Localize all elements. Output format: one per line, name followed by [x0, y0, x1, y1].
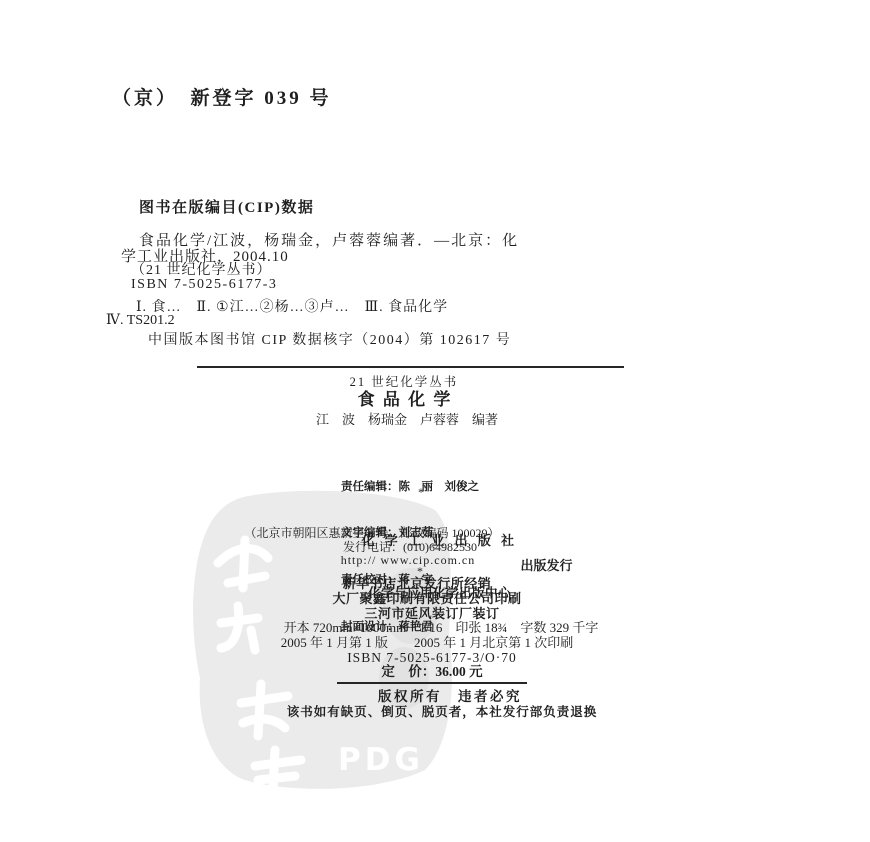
format-spec-line: 开本 720mm×1000mm 1/16 印张 18¾ 字数 329 千字 — [6, 621, 870, 636]
series-name: 21 世纪化学丛书 — [0, 375, 839, 389]
book-title: 食 品 化 学 — [0, 390, 840, 410]
publisher-address: （北京市朝阳区惠新里 3 号 邮政编码 100029） — [0, 527, 807, 541]
distributor-line: 新华书店北京发行所经销 — [0, 577, 852, 592]
cip-verification-number: 中国版本图书馆 CIP 数据核字（2004）第 102617 号 — [148, 333, 511, 349]
cip-isbn: ISBN 7-5025-6177-3 — [131, 277, 277, 293]
copyright-warning: 版权所有 违者必究 — [15, 689, 870, 705]
divider-rule-top — [197, 366, 624, 368]
pdg-watermark-label: PDG — [338, 742, 424, 778]
cip-classification-line-1: Ⅰ. 食… Ⅱ. ①江…②杨…③卢… Ⅲ. 食品化学 — [136, 300, 448, 316]
cip-heading: 图书在版编目(CIP)数据 — [139, 200, 314, 217]
divider-rule-bottom — [337, 682, 527, 684]
printer-line: 大厂聚鑫印刷有限责任公司印刷 — [0, 592, 862, 607]
registration-number: （京） 新登字 039 号 — [112, 88, 332, 110]
edition-line: 2005 年 1 月第 1 版 2005 年 1 月北京第 1 次印刷 — [0, 636, 862, 651]
scanned-page: PDG （京） 新登字 039 号 图书在版编目(CIP)数据 食品化学/江波，… — [0, 0, 870, 842]
authors-line: 江 波 杨瑞金 卢蓉蓉 编著 — [0, 413, 842, 428]
cip-classification-line-2: Ⅳ. TS201.2 — [106, 313, 175, 329]
return-policy-line: 该书如有缺页、倒页、脱页者，本社发行部负责退换 — [7, 705, 870, 719]
price-line: 定 价：36.00 元 — [0, 664, 867, 680]
cip-record-line-1: 食品化学/江波，杨瑞金，卢蓉蓉编著．—北京：化 — [139, 233, 519, 250]
